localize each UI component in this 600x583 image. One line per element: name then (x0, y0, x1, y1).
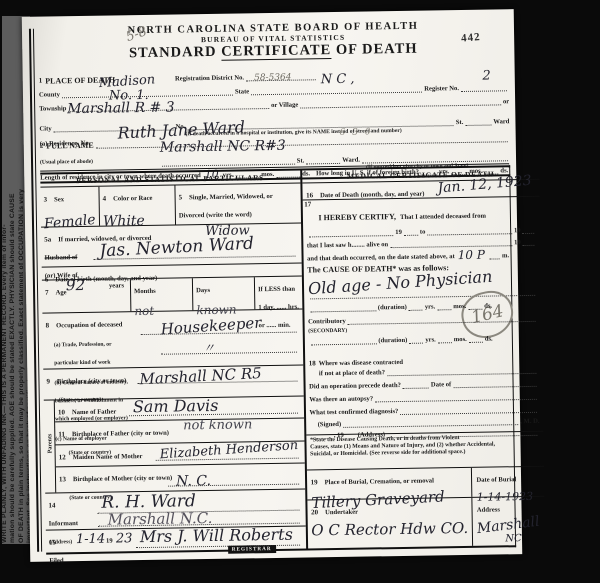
days-label: Days (196, 287, 210, 294)
abode-note: (Usual place of abode) (40, 159, 93, 166)
city-value: Marshall R # 3 (67, 102, 175, 117)
filed-label: Filed (49, 557, 63, 564)
item-number: 13 (59, 475, 66, 483)
occupation-a-label: (a) Trade, Profession, or (54, 342, 112, 349)
year-19-label: , 19 (334, 432, 344, 439)
state-value: N C , (321, 73, 355, 87)
informant-label: Informant (49, 520, 78, 527)
undertaker-label: Undertaker (325, 509, 358, 517)
father-name-label: Name of Father (72, 408, 116, 416)
burial-section: 19 Place of Burial, Cremation, or remova… (306, 467, 544, 501)
title-part: OF DEATH (331, 41, 418, 58)
certificate-paper: NORTH CAROLINA STATE BOARD OF HEALTH BUR… (22, 9, 522, 562)
margin-line: WRITE PLAINLY, WITH UNFADING INK—THIS IS… (1, 7, 9, 543)
scan-background: WRITE PLAINLY, WITH UNFADING INK—THIS IS… (0, 0, 600, 583)
occupation-a-label: particular kind of work (54, 360, 110, 367)
item-number: 19 (311, 478, 318, 486)
birthplace-value: Marshall NC R5 (139, 364, 262, 388)
item-number: 9 (46, 377, 50, 385)
item-number: 10 (58, 408, 65, 416)
item-number: 5a (44, 235, 51, 243)
certificate-number-stamp: 442 (460, 31, 480, 45)
ds-label: ds. (485, 336, 493, 343)
item-number: 14 (48, 501, 55, 509)
personal-particulars-column: PERSONAL AND STATISTICAL PARTICULARS 3 S… (40, 171, 307, 553)
item-number: 5 (179, 193, 183, 201)
age-years-value: 92 (66, 276, 85, 294)
pencil-number: 6 3 0 (340, 127, 373, 138)
father-birthplace-label: Birthplace of Father (city or town) (72, 430, 169, 439)
attended-deceased-label: That I attended deceased from (400, 213, 486, 221)
item-number: 1 (39, 77, 43, 85)
duration-label: (duration) (378, 337, 407, 344)
registrar-stamp: REGISTRAR (228, 545, 276, 554)
months-label: Months (134, 288, 156, 295)
undertaker-value: O C Rector Hdw CO. (311, 519, 468, 539)
sex-label: Sex (54, 196, 64, 203)
item-number: 12 (59, 453, 66, 461)
place-of-death-section: 1 PLACE OF DEATH Registration District N… (39, 61, 511, 172)
filed-year-value: 23 (116, 531, 133, 546)
item-number: 20 (311, 508, 318, 516)
medical-certificate-column: MEDICAL CERTIFICATE OF DEATH 16 Date of … (302, 167, 546, 549)
age-label: Age (56, 289, 67, 296)
marital-label: Single, Married, Widowed, or Divorced (w… (179, 193, 273, 219)
item-number: 16 (306, 191, 313, 199)
undertaker-address-label: Address (477, 506, 500, 513)
undertaker-address-value2: NC (505, 533, 541, 545)
duration-section: 164 (duration)yrs.mos.ds. Contributory (… (304, 297, 543, 359)
item-number: 17 (304, 200, 311, 208)
birthplace-label: Birthplace (city or town) (57, 377, 126, 385)
item-number: 3 (44, 196, 48, 204)
mother-birthplace-label: Birthplace of Mother (city or town) (73, 475, 172, 484)
occupation-label: Occupation of deceased (56, 321, 122, 329)
filed-year-printed: 19 (106, 538, 113, 545)
husband-of-label: Husband of (44, 254, 77, 262)
certification-section: 17 I HEREBY CERTIFY, That I attended dec… (302, 197, 541, 301)
yrs-label: yrs. (425, 336, 436, 343)
if-less-label: If LESS than (258, 286, 295, 294)
margin-line: mation should be carefully supplied. AGE… (9, 7, 17, 543)
item-number: 7 (45, 289, 49, 297)
mother-name-label: Maiden Name of Mother (73, 453, 143, 461)
race-label: Color or Race (113, 195, 152, 203)
disease-contracted-section: 18Where was disease contracted if not at… (305, 355, 544, 435)
occupation-a-value: Housekeeper (160, 314, 262, 339)
years-label: years (109, 282, 124, 289)
certificate-body: PERSONAL AND STATISTICAL PARTICULARS 3 S… (40, 165, 516, 554)
parents-block: Parents 10 Name of Father Sam Davis 11 B… (44, 397, 305, 493)
title-part: STANDARD (129, 44, 221, 61)
title-part-underlined: CERTIFICATE (221, 42, 331, 61)
item-number: 18 (309, 359, 316, 367)
filed-date-value: 1-14 (76, 532, 105, 547)
residence-value: Marshall NC R#3 (160, 138, 286, 156)
register-no-value: 2 (482, 70, 490, 83)
father-birthplace-value: not known (183, 417, 252, 433)
place-of-burial-label: Place of Burial, Cremation, or removal (325, 477, 434, 486)
item-number: 11 (58, 430, 65, 438)
item-number: 8 (46, 322, 50, 330)
item-number: 4 (103, 195, 107, 203)
certificate: NORTH CAROLINA STATE BOARD OF HEALTH BUR… (38, 13, 516, 557)
certificate-header: NORTH CAROLINA STATE BOARD OF HEALTH BUR… (38, 13, 509, 68)
address-label: (Address) (358, 431, 385, 438)
mother-birthplace-value: N. C. (176, 473, 211, 490)
parents-vertical-label: Parents (47, 421, 54, 465)
hereby-certify-label: I HEREBY CERTIFY, (318, 212, 396, 222)
item-number: 15 (49, 538, 56, 546)
date-of-burial-label: Date of Burial (476, 476, 516, 484)
mos-label: mos. (454, 336, 467, 343)
residence-label: (a) Residence. No. (40, 140, 91, 148)
undertaker-section: 20 Undertaker O C Rector Hdw CO. Address… (307, 497, 546, 549)
